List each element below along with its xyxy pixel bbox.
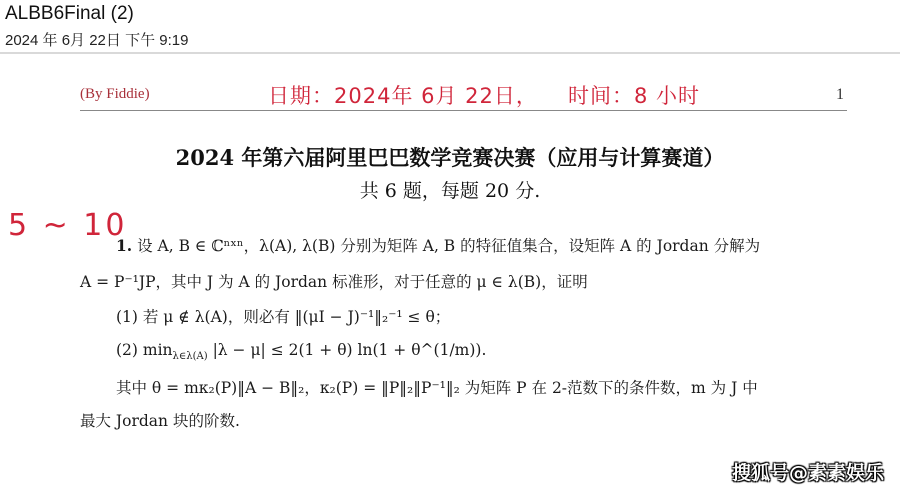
problem-1-part-2: (2) minλ∈λ(A) |λ − μ| ≤ 2(1 + θ) ln(1 + …	[116, 341, 486, 359]
byline: (By Fiddie)	[80, 86, 150, 103]
part-2-prefix: (2) min	[116, 341, 173, 359]
problem-1-part-1: (1) 若 μ ∉ λ(A)，则必有 ‖(μI − J)⁻¹‖₂⁻¹ ≤ θ；	[116, 305, 450, 327]
handwritten-time-note: 时间：8 小时	[568, 80, 700, 110]
handwritten-date-note: 日期：2024年 6月 22日，	[268, 80, 538, 110]
watermark: 搜狐号@素素娱乐	[732, 458, 884, 485]
problem-1-definition-cont: 最大 Jordan 块的阶数.	[80, 409, 240, 431]
exam-title: 2024 年第六届阿里巴巴数学竞赛决赛（应用与计算赛道）	[0, 142, 900, 172]
page-number: 1	[836, 86, 844, 104]
header-rule	[80, 110, 847, 111]
part-2-inequality: |λ − μ| ≤ 2(1 + θ) ln(1 + θ^(1/m)).	[213, 341, 487, 359]
part-2-subscript: λ∈λ(A)	[173, 351, 208, 362]
document-title: ALBB6Final (2)	[5, 3, 134, 25]
title-bar: ALBB6Final (2) 2024 年 6月 22日 下午 9:19	[0, 0, 900, 54]
problem-1-line-1: 1. 设 A, B ∈ ℂⁿˣⁿ，λ(A), λ(B) 分别为矩阵 A, B 的…	[116, 234, 760, 256]
problem-1-definition: 其中 θ = mκ₂(P)‖A − B‖₂，κ₂(P) = ‖P‖₂‖P⁻¹‖₂…	[116, 376, 758, 398]
exam-subtitle: 共 6 题，每题 20 分.	[0, 176, 900, 203]
problem-number: 1.	[116, 236, 132, 255]
problem-text: 设 A, B ∈ ℂⁿˣⁿ，λ(A), λ(B) 分别为矩阵 A, B 的特征值…	[137, 237, 760, 255]
handwritten-difficulty-note: 5 ~ 10	[8, 208, 127, 243]
problem-1-line-2: A = P⁻¹JP，其中 J 为 A 的 Jordan 标准形，对于任意的 μ …	[80, 270, 588, 292]
document-date: 2024 年 6月 22日 下午 9:19	[5, 29, 188, 50]
